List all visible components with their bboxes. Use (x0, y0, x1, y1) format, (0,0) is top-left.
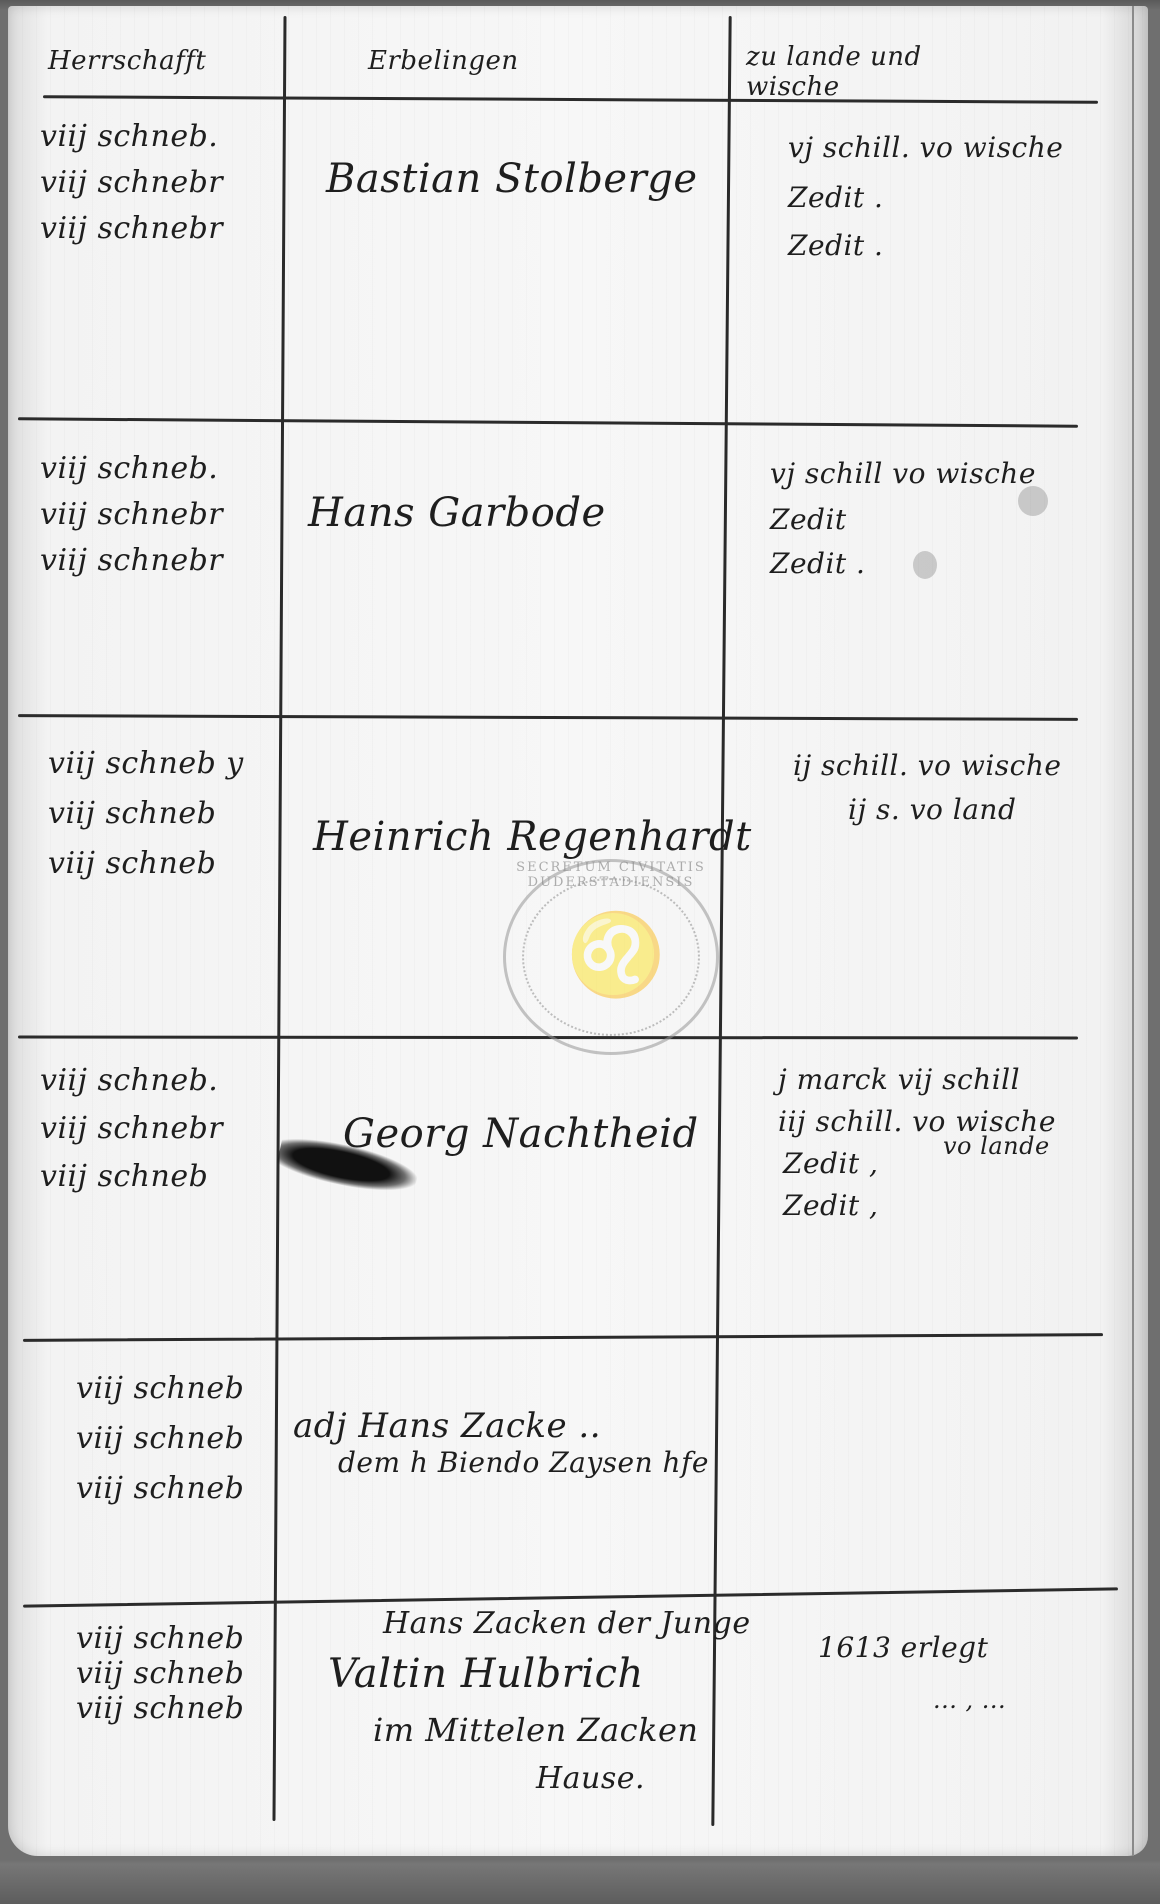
row-amount: viij schneb. (40, 114, 218, 160)
row-name: Heinrich Regenhardt (313, 814, 752, 860)
row-amount: viij schnebr (40, 160, 223, 206)
row-amount: viij schnebr (40, 206, 223, 252)
row-name: im Mittelen Zacken (373, 1711, 699, 1749)
row-amount: viij schneb. (40, 446, 218, 492)
row-amount: viij schneb (40, 1154, 208, 1200)
row-amount: viij schneb (48, 791, 216, 837)
page-edge (1132, 6, 1134, 1856)
ink-stain (1018, 486, 1048, 516)
row-amount: viij schneb. (40, 1058, 218, 1104)
row-name: Bastian Stolberge (326, 156, 698, 202)
column-rule-1 (272, 16, 286, 1821)
column-header-2: Erbelingen (368, 46, 519, 76)
row-note: ij s. vo land (848, 788, 1016, 832)
stamp-text: SECRETUM CIVITATIS DUDERSTADIENSIS (506, 860, 716, 890)
row-note: Zedit . (770, 542, 865, 586)
row-amount: viij schnebr (40, 1106, 223, 1152)
row-note: Zedit , (783, 1142, 878, 1186)
row-name: Hause. (536, 1761, 645, 1796)
row-name: Georg Nachtheid (343, 1111, 699, 1157)
row-note: ... , ... (933, 1686, 1006, 1714)
row-note: vj schill. vo wische (788, 126, 1063, 170)
row-rule-2 (18, 714, 1078, 721)
row-note: j marck vij schill (778, 1058, 1020, 1102)
column-header-1: Herrschafft (48, 46, 206, 76)
row-note: Zedit . (788, 176, 883, 220)
row-amount: viij schneb (76, 1366, 244, 1412)
row-rule-5 (23, 1587, 1118, 1607)
row-name: Hans Garbode (308, 490, 606, 536)
column-header-3: zu lande und wische (746, 42, 1006, 102)
row-name: dem h Biendo Zaysen hfe (338, 1446, 709, 1479)
row-rule-1 (18, 417, 1078, 427)
ink-stain (913, 551, 937, 579)
row-name: adj Hans Zacke .. (293, 1406, 601, 1446)
row-amount: viij schneb (76, 1416, 244, 1462)
row-note: 1613 erlegt (818, 1626, 988, 1670)
column-rule-2 (711, 16, 731, 1826)
row-note: Zedit (770, 498, 847, 542)
row-note: vo lande (943, 1132, 1050, 1160)
row-amount: viij schneb (76, 1466, 244, 1512)
city-seal-stamp: SECRETUM CIVITATIS DUDERSTADIENSIS ♌ (503, 859, 719, 1055)
manuscript-page: Herrschafft Erbelingen zu lande und wisc… (8, 6, 1148, 1856)
row-note: vj schill vo wische (770, 452, 1036, 496)
row-amount: viij schneb (48, 841, 216, 887)
row-amount: viij schnebr (40, 538, 223, 584)
row-note: Zedit , (783, 1184, 878, 1228)
row-note: ij schill. vo wische (793, 744, 1061, 788)
row-name: Valtin Hulbrich (328, 1651, 644, 1697)
row-note: Zedit . (788, 224, 883, 268)
row-name: Hans Zacken der Junge (383, 1606, 751, 1641)
row-rule-4 (23, 1333, 1103, 1342)
row-amount: viij schneb y (48, 741, 244, 787)
row-amount: viij schneb (76, 1686, 244, 1732)
lion-rampant-icon: ♌ (566, 910, 666, 1000)
row-amount: viij schnebr (40, 492, 223, 538)
